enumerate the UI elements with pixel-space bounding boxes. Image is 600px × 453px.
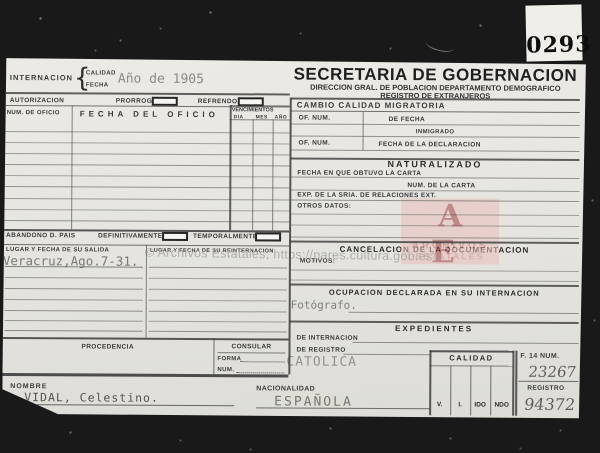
rule-line xyxy=(5,299,143,301)
rule-line xyxy=(252,119,254,230)
otros-datos-label: OTROS DATOS: xyxy=(297,203,351,210)
autorizacion-label: AUTORIZACION xyxy=(10,97,65,104)
rule-line xyxy=(230,119,290,120)
form-rule-lines xyxy=(4,57,586,60)
rule-line xyxy=(149,289,287,291)
rule-line xyxy=(3,186,289,188)
rule-line xyxy=(4,131,290,133)
rule-line xyxy=(291,150,580,153)
rule-line xyxy=(3,209,289,211)
inmigrado-label: INMIGRADO xyxy=(291,128,580,136)
rule-line xyxy=(290,269,579,272)
nacionalidad-label: NACIONALIDAD xyxy=(256,385,315,392)
num-label: NUM. xyxy=(217,367,234,373)
rule-line xyxy=(363,112,364,150)
rule-line xyxy=(3,198,289,200)
calidad-col-ido: IDO xyxy=(470,401,490,408)
calidad-box-label: CALIDAD xyxy=(429,353,513,362)
rule-line xyxy=(515,351,517,416)
rule-line xyxy=(512,351,514,416)
rule-line xyxy=(149,311,287,313)
definitivamente-checkbox xyxy=(162,232,188,241)
rule-line xyxy=(5,277,143,279)
rule-line xyxy=(18,404,234,406)
rule-line xyxy=(149,331,287,333)
rule-line xyxy=(291,124,580,127)
rule-line xyxy=(149,267,287,269)
calidad-col-v: V. xyxy=(430,401,449,408)
vencimientos-label: VENCIMIENTOS xyxy=(232,107,274,113)
rule-line xyxy=(149,278,287,280)
expedientes-label: EXPEDIENTES xyxy=(290,323,579,334)
archive-number: 0293 xyxy=(526,31,581,58)
registro-value: 94372 xyxy=(523,395,576,414)
calidad-col-i: I. xyxy=(450,401,470,408)
rule-line xyxy=(5,330,143,332)
rule-line xyxy=(5,310,143,312)
fecha-label: FECHA xyxy=(86,82,109,88)
de-registro-label: DE REGISTRO xyxy=(296,347,345,354)
ocupacion-value: Fotógrafo. xyxy=(291,299,357,312)
rule-line xyxy=(4,142,290,144)
rule-line xyxy=(149,321,287,323)
de-fecha-label: DE FECHA xyxy=(389,116,425,123)
rule-line xyxy=(149,300,287,302)
definitivamente-label: DEFINITIVAMENTE xyxy=(98,232,162,239)
scan-noise xyxy=(0,0,1,1)
scanned-photo-background: 0293 INTERNACION { CALIDAD FECHA Año de … xyxy=(0,0,600,453)
brace-glyph: { xyxy=(74,63,91,93)
forma-dotted-line xyxy=(240,361,284,362)
rule-line xyxy=(3,220,289,222)
rule-line xyxy=(71,105,73,229)
rule-line xyxy=(229,105,232,230)
ocupacion-label: OCUPACION DECLARADA EN SU INTERNACION xyxy=(290,287,579,298)
rule-line xyxy=(290,177,579,180)
temporalmente-label: TEMPORALMENTE xyxy=(193,233,257,240)
consular-label: CONSULAR xyxy=(231,343,271,350)
rule-line xyxy=(291,136,580,139)
archive-number-tab: 0293 xyxy=(525,4,582,61)
rule-line xyxy=(5,288,143,290)
temporalmente-checkbox xyxy=(255,232,281,241)
rule-line xyxy=(349,312,579,314)
num-oficio-label: NUM. DE OFICIO xyxy=(7,110,60,116)
religion-value: CATOLICA xyxy=(286,354,357,369)
rule-line xyxy=(146,245,147,338)
rule-line xyxy=(518,381,578,382)
rule-line xyxy=(5,320,143,322)
rule-line xyxy=(290,279,579,282)
prorroga-checkbox xyxy=(152,97,178,106)
forma-label: FORMA xyxy=(217,356,241,362)
rule-line xyxy=(3,164,289,166)
rule-line xyxy=(213,338,214,374)
rule-line xyxy=(290,283,579,287)
rule-line xyxy=(291,111,580,114)
calidad-label: CALIDAD xyxy=(86,70,116,76)
fecha-internacion-value: Año de 1905 xyxy=(118,72,204,87)
f14-label: F. 14 NUM. xyxy=(520,353,559,360)
scratch-mark xyxy=(424,35,456,55)
fecha-declaracion-label: FECHA DE LA DECLARACION xyxy=(379,141,481,149)
rule-line xyxy=(3,175,289,177)
abandono-label: ABANDONO D. PAIS xyxy=(6,232,76,239)
nombre-value: VIDAL, Celestino. xyxy=(24,390,159,405)
num-carta-label: NUM. DE LA CARTA xyxy=(407,182,475,189)
of-num-label: OF. NUM. xyxy=(299,115,331,122)
refrendo-label: REFRENDO xyxy=(198,98,238,105)
rule-line xyxy=(4,92,290,95)
f14-value: 23267 xyxy=(527,363,577,381)
rule-line xyxy=(217,352,285,353)
rule-line xyxy=(2,373,288,377)
cambio-calidad-label: CAMBIO CALIDAD MIGRATORIA xyxy=(297,101,446,111)
registration-card: INTERNACION { CALIDAD FECHA Año de 1905 … xyxy=(2,57,586,419)
of-num2-label: OF. NUM. xyxy=(299,140,331,147)
calidad-col-ndo: NDO xyxy=(490,402,513,409)
rule-line xyxy=(3,153,289,155)
rule-line xyxy=(353,342,579,344)
fecha-oficio-label: FECHA DEL OFICIO xyxy=(80,109,219,119)
rule-line xyxy=(429,350,513,352)
procedencia-label: PROCEDENCIA xyxy=(81,343,133,350)
registro-label: REGISTRO xyxy=(527,385,564,392)
rule-line xyxy=(272,119,274,230)
internacion-label: INTERNACION xyxy=(10,73,73,82)
de-internacion-label: DE INTERNACION xyxy=(297,335,359,342)
